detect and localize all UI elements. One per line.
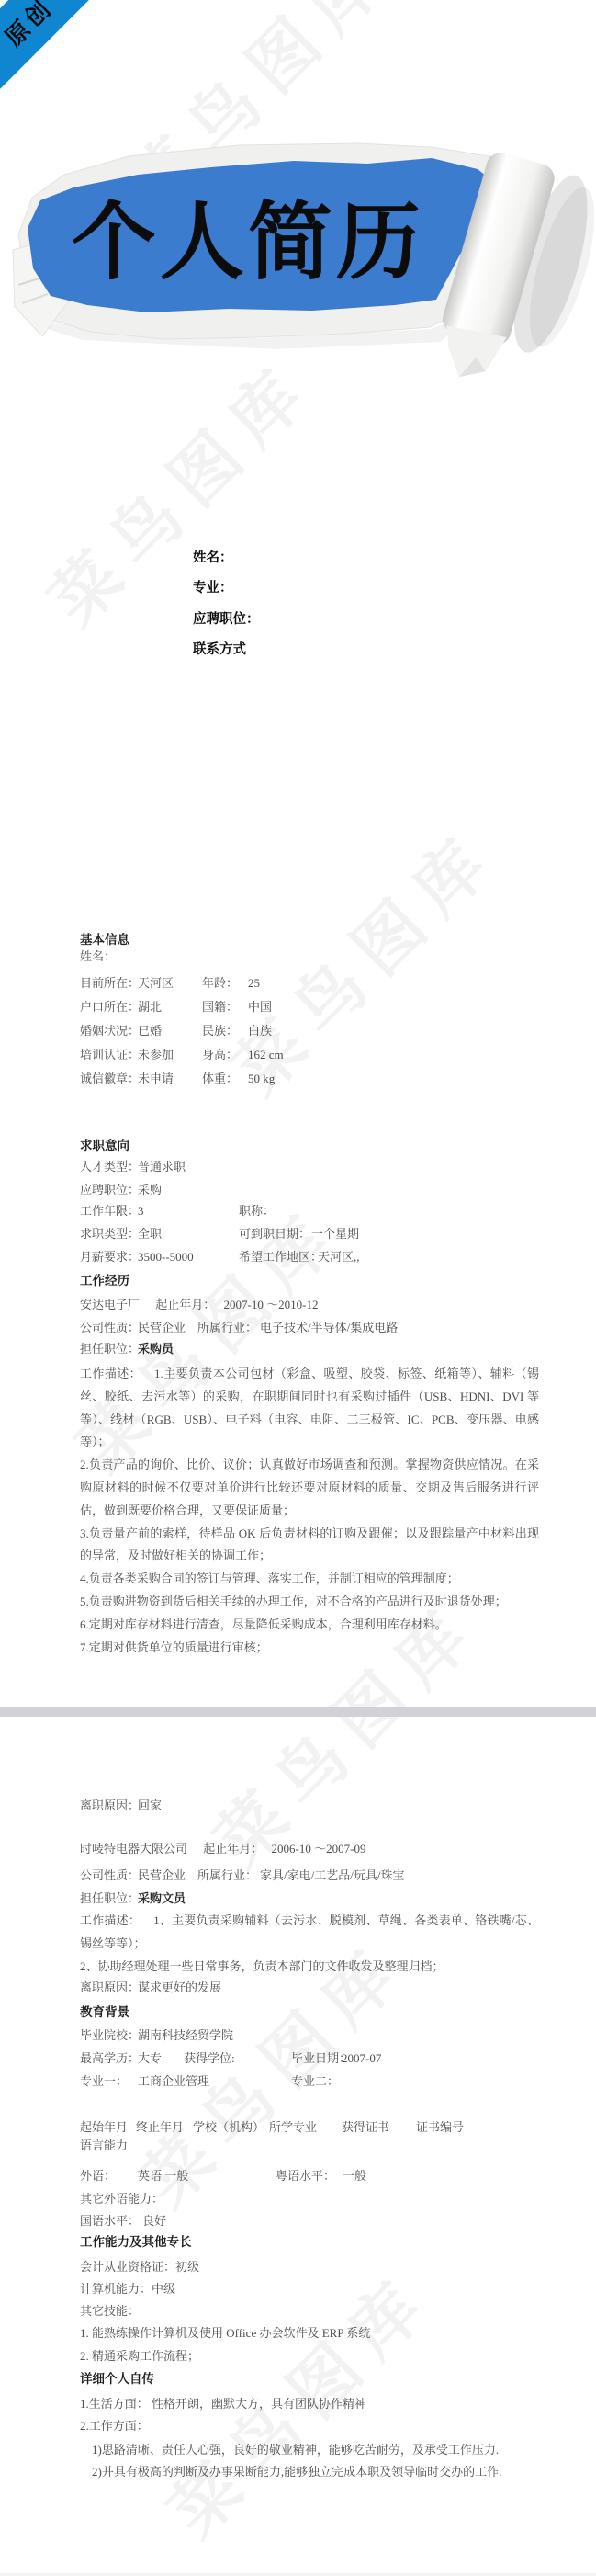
field-label: 职称： <box>239 1202 275 1220</box>
job-description-item: 4.负责各类采购合同的签订与管理、落实工作，并制订相应的管理制度； <box>80 1568 539 1591</box>
autobiography-line: 2.工作方面： <box>80 2417 149 2435</box>
field-label: 毕业院校： <box>80 2026 140 2045</box>
section-education-heading: 教育背景 <box>80 2003 129 2022</box>
field-label: 求职类型： <box>80 1225 140 1243</box>
field-value: 50 kg <box>248 1070 275 1088</box>
contact-info-label: 联系方式 <box>193 639 246 658</box>
field-label: 离职原因： <box>80 1797 140 1815</box>
autobiography-point: 2)并具有极高的判断及办事果断能力,能够独立完成本职及领导临时交办的工作. <box>92 2463 501 2481</box>
job-description-item: 工作描述：1、主要负责采购辅料（去污水、脱模剂、草绳、各类表单、铬铁嘴/芯、锡丝… <box>80 1910 539 1956</box>
field-label: 离职原因： <box>80 1979 140 1997</box>
field-value: 一个星期 <box>311 1225 359 1243</box>
contact-major-label: 专业： <box>193 577 233 596</box>
field-label: 国籍： <box>202 998 238 1016</box>
table-header-cell: 终止年月 <box>136 2118 184 2137</box>
field-value: 民营企业 <box>138 1867 186 1885</box>
ability-line: 计算机能力：中级 <box>80 2280 175 2298</box>
job-description-item: 2.负责产品的询价、比价、议价；认真做好市场调查和预测。掌握物资供应情况。在采购… <box>80 1454 539 1522</box>
job-company-row: 时唛特电器大限公司 起止年月： 2006-10 ～2007-09 <box>80 1840 365 1858</box>
field-value: 一般 <box>343 2167 366 2185</box>
desc-text: 1、主要负责采购辅料（去污水、脱模剂、草绳、各类表单、铬铁嘴/芯、锡丝等等）； <box>80 1913 539 1950</box>
period-label: 起止年月： <box>203 1842 263 1855</box>
watermark-text: 菜鸟图库 <box>24 335 332 643</box>
field-label: 年龄： <box>202 974 238 993</box>
field-label: 所属行业： <box>197 1319 257 1337</box>
job-description-item: 3.负责量产前的索样，待样品 OK 后负责材料的订购及跟催；以及跟踪量产中材料出… <box>80 1523 539 1569</box>
table-header-cell: 起始年月 <box>80 2118 128 2137</box>
job-company-row: 安达电子厂 起止年月： 2007-10 ～2010-12 <box>80 1296 318 1314</box>
field-label: 专业二： <box>291 2072 339 2091</box>
contact-position-label: 应聘职位： <box>193 608 260 628</box>
section-basic-info-heading: 基本信息 <box>80 931 129 949</box>
field-label: 应聘职位： <box>80 1181 140 1199</box>
field-value: 25 <box>248 974 260 993</box>
job-description: 工作描述：1.主要负责本公司包材（彩盒、吸塑、胶袋、标签、纸箱等）、辅料（锡丝、… <box>80 1363 539 1659</box>
field-value: 全职 <box>138 1225 162 1243</box>
resume-page: 菜鸟图库 菜鸟图库 菜鸟图库 菜鸟图库 菜鸟图库 菜鸟图库 菜鸟图库 原创 <box>0 0 596 2576</box>
field-value: 湖北 <box>138 998 162 1016</box>
company-name: 时唛特电器大限公司 <box>80 1842 187 1855</box>
field-label: 人才类型： <box>80 1158 140 1176</box>
company-name: 安达电子厂 <box>80 1298 140 1311</box>
field-value: 中国 <box>248 998 272 1016</box>
job-title-value: 采购员 <box>138 1340 174 1358</box>
field-value: 回家 <box>138 1797 162 1815</box>
field-value: 谋求更好的发展 <box>138 1979 221 1997</box>
job-description-item: 5.负责购进物资到货后相关手续的办理工作，对不合格的产品进行及时退货处理； <box>80 1591 539 1614</box>
job-description: 工作描述：1、主要负责采购辅料（去污水、脱模剂、草绳、各类表单、铬铁嘴/芯、锡丝… <box>80 1910 539 1978</box>
field-value: 电子技术/半导体/集成电路 <box>260 1319 398 1337</box>
field-value: 未参加 <box>138 1046 174 1064</box>
ability-line: 会计从业资格证：初级 <box>80 2258 199 2276</box>
page-divider <box>0 1707 596 1717</box>
field-value: 未申请 <box>138 1070 174 1088</box>
field-value: 湖南科技经贸学院 <box>138 2026 233 2045</box>
field-label: 民族： <box>202 1022 238 1040</box>
field-label: 所属行业： <box>197 1867 257 1885</box>
job-description-item: 6.定期对库存材料进行清查，尽量降低采购成本，合理利用库存材料。 <box>80 1614 539 1637</box>
watermark-text: 菜鸟图库 <box>208 804 515 1112</box>
field-label: 外语： <box>80 2167 116 2185</box>
field-label: 户口所在： <box>80 998 140 1016</box>
period-value: 2006-10 ～2007-09 <box>272 1842 366 1855</box>
field-label: 诚信徽章： <box>80 1070 140 1088</box>
section-autobiography-heading: 详细个人自传 <box>80 2370 154 2389</box>
banner-title: 个人简历 <box>37 195 459 290</box>
field-label: 婚姻状况： <box>80 1022 140 1040</box>
field-label: 其它外语能力： <box>80 2190 163 2208</box>
field-label: 工作描述： <box>80 1913 141 1927</box>
contact-name-label: 姓名： <box>193 547 233 566</box>
field-label: 公司性质： <box>80 1319 140 1337</box>
job-title-value: 采购文员 <box>138 1889 186 1908</box>
period-value: 2007-10 ～2010-12 <box>224 1298 319 1311</box>
field-value: 白族 <box>248 1022 272 1040</box>
section-intention-heading: 求职意向 <box>80 1137 129 1155</box>
section-ability-heading: 工作能力及其他专长 <box>80 2233 192 2252</box>
field-label: 培训认证： <box>80 1046 140 1064</box>
field-value: 大专 <box>138 2049 162 2068</box>
field-value: 民营企业 <box>138 1319 186 1337</box>
field-value: 已婚 <box>138 1022 162 1040</box>
field-label: 工作年限： <box>80 1202 140 1220</box>
field-label: 公司性质： <box>80 1867 140 1885</box>
job-description-item: 7.定期对供货单位的质量进行审核； <box>80 1637 539 1660</box>
field-label: 身高： <box>202 1046 238 1064</box>
section-language-heading: 语言能力 <box>80 2137 128 2155</box>
table-header-cell: 获得证书 <box>342 2118 389 2137</box>
table-header-cell: 所学专业 <box>269 2118 317 2137</box>
autobiography-point: 1)思路清晰、责任人心强，良好的敬业精神，能够吃苦耐劳，及承受工作压力. <box>92 2441 499 2459</box>
ability-line: 其它技能： <box>80 2302 140 2321</box>
field-value: 采购 <box>138 1181 162 1199</box>
field-label: 工作描述： <box>80 1367 141 1380</box>
job-description-item: 2、协助经理处理一些日常事务，负责本部门的文件收发及整理归档； <box>80 1956 539 1979</box>
ability-line: 1. 能熟练操作计算机及使用 Office 办会软件及 ERP 系统 <box>80 2324 370 2343</box>
field-value: 3500--5000 <box>138 1248 194 1266</box>
field-value: 天河区,, <box>318 1248 360 1266</box>
field-label: 粤语水平： <box>276 2167 335 2185</box>
original-corner-ribbon: 原创 <box>0 0 107 100</box>
field-label: 最高学历： <box>80 2049 140 2068</box>
field-label: 目前所在： <box>80 974 140 993</box>
ability-line: 2. 精通采购工作流程； <box>80 2347 199 2366</box>
period-label: 起止年月： <box>155 1298 215 1311</box>
field-value: 良好 <box>142 2212 166 2230</box>
field-label: 希望工作地区： <box>239 1248 322 1266</box>
field-label: 担任职位： <box>80 1889 140 1908</box>
field-label: 获得学位: <box>184 2049 235 2068</box>
field-value: 工商企业管理 <box>138 2072 209 2091</box>
job-description-item: 工作描述：1.主要负责本公司包材（彩盒、吸塑、胶袋、标签、纸箱等）、辅料（锡丝、… <box>80 1363 539 1454</box>
field-label: 可到职日期： <box>239 1225 310 1243</box>
autobiography-line: 1.生活方面： 性格开朗，幽默大方，具有团队协作精神 <box>80 2395 366 2413</box>
field-value: 天河区 <box>138 974 174 993</box>
field-value: 家具/家电/工艺品/玩具/珠宝 <box>260 1867 404 1885</box>
field-value: 3 <box>138 1202 144 1220</box>
field-label: 月薪要求： <box>80 1248 140 1266</box>
field-label: 担任职位： <box>80 1340 140 1358</box>
section-work-heading: 工作经历 <box>80 1272 129 1290</box>
table-header-cell: 学校（机构） <box>193 2118 264 2137</box>
table-header-cell: 证书编号 <box>416 2118 464 2137</box>
desc-text: 1.主要负责本公司包材（彩盒、吸塑、胶袋、标签、纸箱等）、辅料（锡丝、胶纸、去污… <box>80 1367 539 1448</box>
field-value: 普通求职 <box>138 1158 186 1176</box>
field-label: 体重： <box>202 1070 238 1088</box>
original-ribbon-label: 原创 <box>0 0 59 52</box>
basic-name-row: 姓名： <box>80 948 116 966</box>
field-value: 2007-07 <box>342 2049 381 2068</box>
field-value: 162 cm <box>248 1046 284 1064</box>
field-label: 专业一： <box>80 2072 128 2091</box>
field-value: 英语 一般 <box>138 2167 188 2185</box>
field-label: 国语水平： <box>80 2212 140 2230</box>
